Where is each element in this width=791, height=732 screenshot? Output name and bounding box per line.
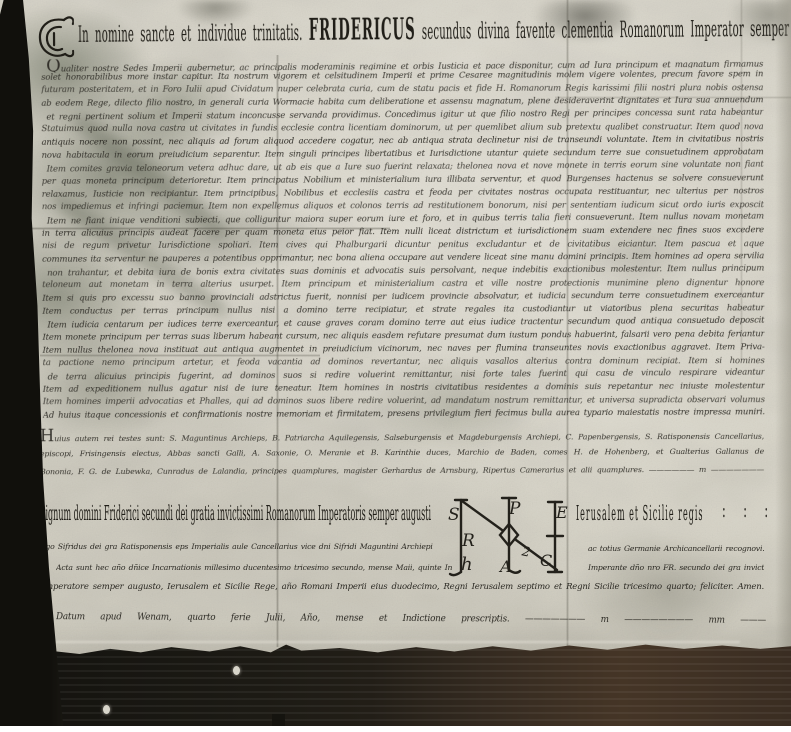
recognition-line-right: ac totius Germanie Archicancellarii reco… [588, 543, 764, 555]
seal-cord-hole [233, 666, 240, 675]
monogram-letter: P [508, 499, 521, 519]
plica-fold [26, 642, 791, 728]
monogram-letter: S [448, 505, 460, 525]
plica-top-highlight [40, 641, 740, 643]
seal-cord-hole [103, 705, 110, 714]
monogram-letter: h [461, 554, 473, 575]
heading-titles: secundus divina favente clementia Romano… [422, 13, 791, 45]
imperial-monogram-icon: S R h P A E C 2 [446, 492, 570, 584]
acta-line-left: Acta sunt hec año dñice Incarnationis mi… [56, 562, 452, 574]
signum-line-left: Signum domini Friderici secundi dei grat… [40, 494, 431, 536]
heading-row: In nomine sancte et individue trinitatis… [34, 5, 786, 62]
charter-photo: In nomine sancte et individue trinitatis… [0, 0, 791, 732]
heading-invocation: In nomine sancte et individue trinitatis… [78, 19, 303, 48]
signum-line-right: Ierusalem et Sicilie regis [576, 494, 703, 536]
monogram-letter: A [498, 557, 512, 576]
signum-punctuation-marks: : : : [722, 498, 775, 523]
chrismon-initial-icon [34, 13, 74, 63]
witness-list-block: Huius autem rei testes sunt: S. Maguntin… [40, 425, 764, 482]
monogram-letter: R [461, 531, 475, 551]
witness-line: Bononia, F. G. de Lubewka, Cunradus de L… [40, 461, 764, 482]
parchment-right-edge [775, 0, 791, 650]
heading-invocation-line: In nomine sancte et individue trinitatis… [78, 5, 778, 58]
body-text-block: Qualiter nostre Sedes Imperii gubernetur… [41, 55, 765, 423]
monogram-letter: E [555, 503, 568, 522]
acta-line-right: Imperante dño nro FR. secundo dei gra in… [588, 562, 764, 574]
heading-imperial-name: FRIDERICUS [309, 12, 416, 48]
recognition-line-left: Ego Sifridus dei gra Ratisponensis eps I… [40, 541, 444, 553]
photo-bottom-margin [0, 726, 791, 732]
imperante-line: Imperatore semper augusto, Ierusalem et … [42, 581, 764, 594]
monogram-glyph: 2 [519, 544, 531, 561]
monogram-letter: C [540, 551, 552, 570]
